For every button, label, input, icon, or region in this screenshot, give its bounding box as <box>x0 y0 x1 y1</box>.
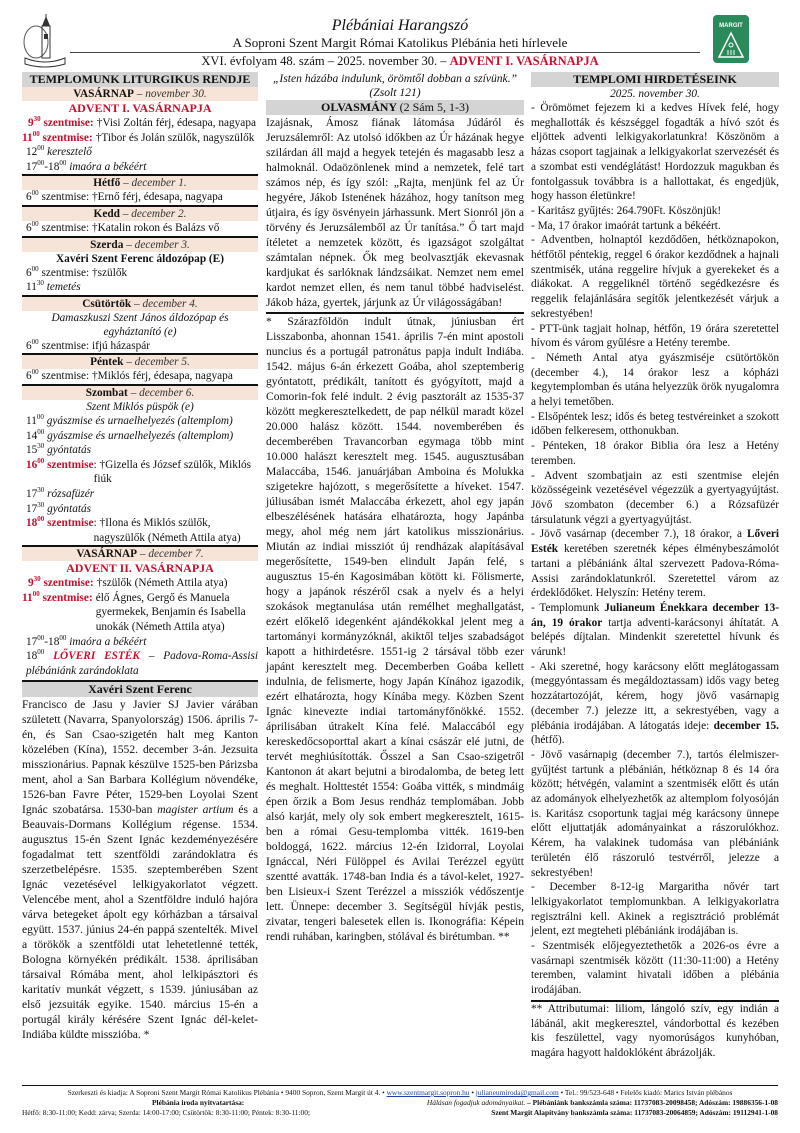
announcement-item: - Elsőpéntek lesz; idős és beteg testvér… <box>531 410 779 439</box>
mass-entry: 1100 szentmise:élő Ágnes, Gergő és Manue… <box>22 591 258 635</box>
day-tuesday: Kedd – december 2. <box>22 207 258 221</box>
announcement-item: - Jövő vasárnap (december 7.), 18 órakor… <box>531 527 779 601</box>
day-wednesday: Szerda – december 3. <box>22 238 258 252</box>
event-entry: 1800 LŐVERI ESTÉK – Padova-Roma-Assisi p… <box>22 649 258 678</box>
issue-line: XVI. évfolyam 48. szám – 2025. november … <box>0 54 800 69</box>
newsletter-title: Plébániai Harangszó <box>0 17 800 35</box>
mass-entry: 930 szentmise:†szülők (Németh Attila aty… <box>22 576 258 591</box>
event-entry: 1730 gyóntatás <box>22 502 258 517</box>
event-entry: 1530 gyóntatás <box>22 443 258 458</box>
announcement-item: - Szentmisék előjegyeztethetők a 2026-os… <box>531 939 779 998</box>
event-entry: 600 szentmise: †Katalin rokon és Balázs … <box>22 221 258 236</box>
announcement-item: - December 8-12-ig Margaritha nővér tart… <box>531 880 779 939</box>
event-entry: 1200 keresztelő <box>22 145 258 160</box>
issue-highlight: ADVENT I. VASÁRNAPJA <box>450 54 599 68</box>
header-divider <box>70 52 700 53</box>
announcement-item: - Jövő vasárnapig (december 7.), tartós … <box>531 748 779 880</box>
announcements-heading: TEMPLOMI HIRDETÉSEINK <box>531 72 779 87</box>
feast-advent-2: ADVENT II. VASÁRNAPJA <box>22 561 258 576</box>
day-friday: Péntek – december 5. <box>22 355 258 369</box>
saint-attributes: ** Attributumai: liliom, lángoló szív, e… <box>531 1002 779 1061</box>
event-entry: 600 szentmise: †Miklós férj, édesapa, na… <box>22 369 258 384</box>
day-thursday: Csütörtök – december 4. <box>22 297 258 311</box>
event-entry: 1730 rózsafüzér <box>22 487 258 502</box>
szent-margit-logo-icon: MARGIT <box>713 15 749 63</box>
feast-advent-1: ADVENT I. VASÁRNAPJA <box>22 101 258 116</box>
announcement-item: - Templomunk Julianeum Énekkara december… <box>531 601 779 660</box>
saint-biography-continued: * Szárazföldön indult útnak, júniusban é… <box>266 314 524 944</box>
newsletter-subtitle: A Soproni Szent Margit Római Katolikus P… <box>0 35 800 51</box>
event-entry: 600 szentmise: †Ernő férj, édesapa, nagy… <box>22 190 258 205</box>
announcement-item: - PTT-ünk tagjait holnap, hétfőn, 19 órá… <box>531 322 779 351</box>
mass-entry: 930 szentmise:†Visi Zoltán férj, édesapa… <box>22 116 258 131</box>
announcement-item: - Ma, 17 órakor imaórát tartunk a békéér… <box>531 219 779 234</box>
email-link[interactable]: julianeumiroda@gmail.com <box>476 1088 559 1097</box>
liturgy-heading: TEMPLOMUNK LITURGIKUS RENDJE <box>22 72 258 87</box>
announcement-item: - Adventben, holnaptól kezdődően, hétköz… <box>531 233 779 321</box>
mass-entry: 1800 szentmise: †Ilona és Miklós szülők,… <box>22 516 258 545</box>
feast-xavier: Xavéri Szent Ferenc áldozópap (E) <box>22 252 258 266</box>
announcement-item: - Advent szombatjain az esti szentmise e… <box>531 469 779 528</box>
feast-damascene: Damaszkuszi Szent János áldozópap és egy… <box>22 311 258 339</box>
website-link[interactable]: www.szentmargit.sopron.hu <box>387 1088 470 1097</box>
day-sunday-dec7: VASÁRNAP – december 7. <box>22 547 258 561</box>
event-entry: 1130 temetés <box>22 280 258 295</box>
event-entry: 1700-1800 imaóra a békéért <box>22 160 258 175</box>
saint-biography: Francisco de Jasu y Javier SJ Javier vár… <box>22 697 258 1042</box>
psalm-quote: „Isten házába indulunk, örömtől dobban a… <box>266 72 524 100</box>
event-entry: 600 szentmise: †szülők <box>22 266 258 281</box>
svg-text:MARGIT: MARGIT <box>719 23 743 29</box>
office-hours-label: Plébánia iroda nyitvatartása: <box>22 1098 244 1108</box>
day-monday: Hétfő – december 1. <box>22 176 258 190</box>
announcement-item: - Pénteken, 18 órakor Biblia óra lesz a … <box>531 439 779 468</box>
reading-column: „Isten házába indulunk, örömtől dobban a… <box>266 72 524 944</box>
event-entry: 1700-1800 imaóra a békéért <box>22 635 258 650</box>
footer-publisher: Szerkeszti és kiadja: A Soproni Szent Ma… <box>22 1088 778 1098</box>
footer: Szerkeszti és kiadja: A Soproni Szent Ma… <box>22 1085 778 1118</box>
foundation-bank-account: Szent Margit Alapítvány bankszámla száma… <box>491 1108 778 1118</box>
feast-nicholas: Szent Miklós püspök (e) <box>22 400 258 414</box>
saint-heading: Xavéri Szent Ferenc <box>22 682 258 697</box>
day-sunday-nov30: VASÁRNAP – november 30. <box>22 87 258 101</box>
event-entry: 1400 gyászmise és urnaelhelyezés (altemp… <box>22 429 258 444</box>
announcements-date: 2025. november 30. <box>531 87 779 101</box>
liturgy-column: TEMPLOMUNK LITURGIKUS RENDJE VASÁRNAP – … <box>22 72 258 1042</box>
announcements-column: TEMPLOMI HIRDETÉSEINK 2025. november 30.… <box>531 72 779 1061</box>
event-entry: 600 szentmise: ifjú házaspár <box>22 339 258 354</box>
masthead: Plébániai Harangszó A Soproni Szent Marg… <box>0 0 800 70</box>
reading-text: Izajásnak, Ámosz fiának látomása Júdáról… <box>266 115 524 310</box>
announcement-item: - Németh Antal atya gyászmiséje csütörtö… <box>531 351 779 410</box>
reading-heading: OLVASMÁNY (2 Sám 5, 1-3) <box>266 100 524 115</box>
office-hours: Hétfő: 8:30-11:00; Kedd: zárva; Szerda: … <box>22 1108 310 1118</box>
announcement-item: - Karitász gyűjtés: 264.790Ft. Köszönjük… <box>531 204 779 219</box>
issue-info: XVI. évfolyam 48. szám – 2025. november … <box>201 54 446 68</box>
announcement-item: - Aki szeretné, hogy karácsony előtt meg… <box>531 660 779 748</box>
announcement-item: - Örömömet fejezem ki a kedves Hívek fel… <box>531 101 779 204</box>
mass-entry: 1600 szentmise: †Gizella és József szülő… <box>22 458 258 487</box>
event-entry: 1100 gyászmise és urnaelhelyezés (altemp… <box>22 414 258 429</box>
parish-bank-account: – Plébániánk bankszámla száma: 11737083-… <box>527 1098 778 1107</box>
day-saturday: Szombat – december 6. <box>22 386 258 400</box>
mass-entry: 1100 szentmise:†Tibor és Jolán szülők, n… <box>22 131 258 146</box>
